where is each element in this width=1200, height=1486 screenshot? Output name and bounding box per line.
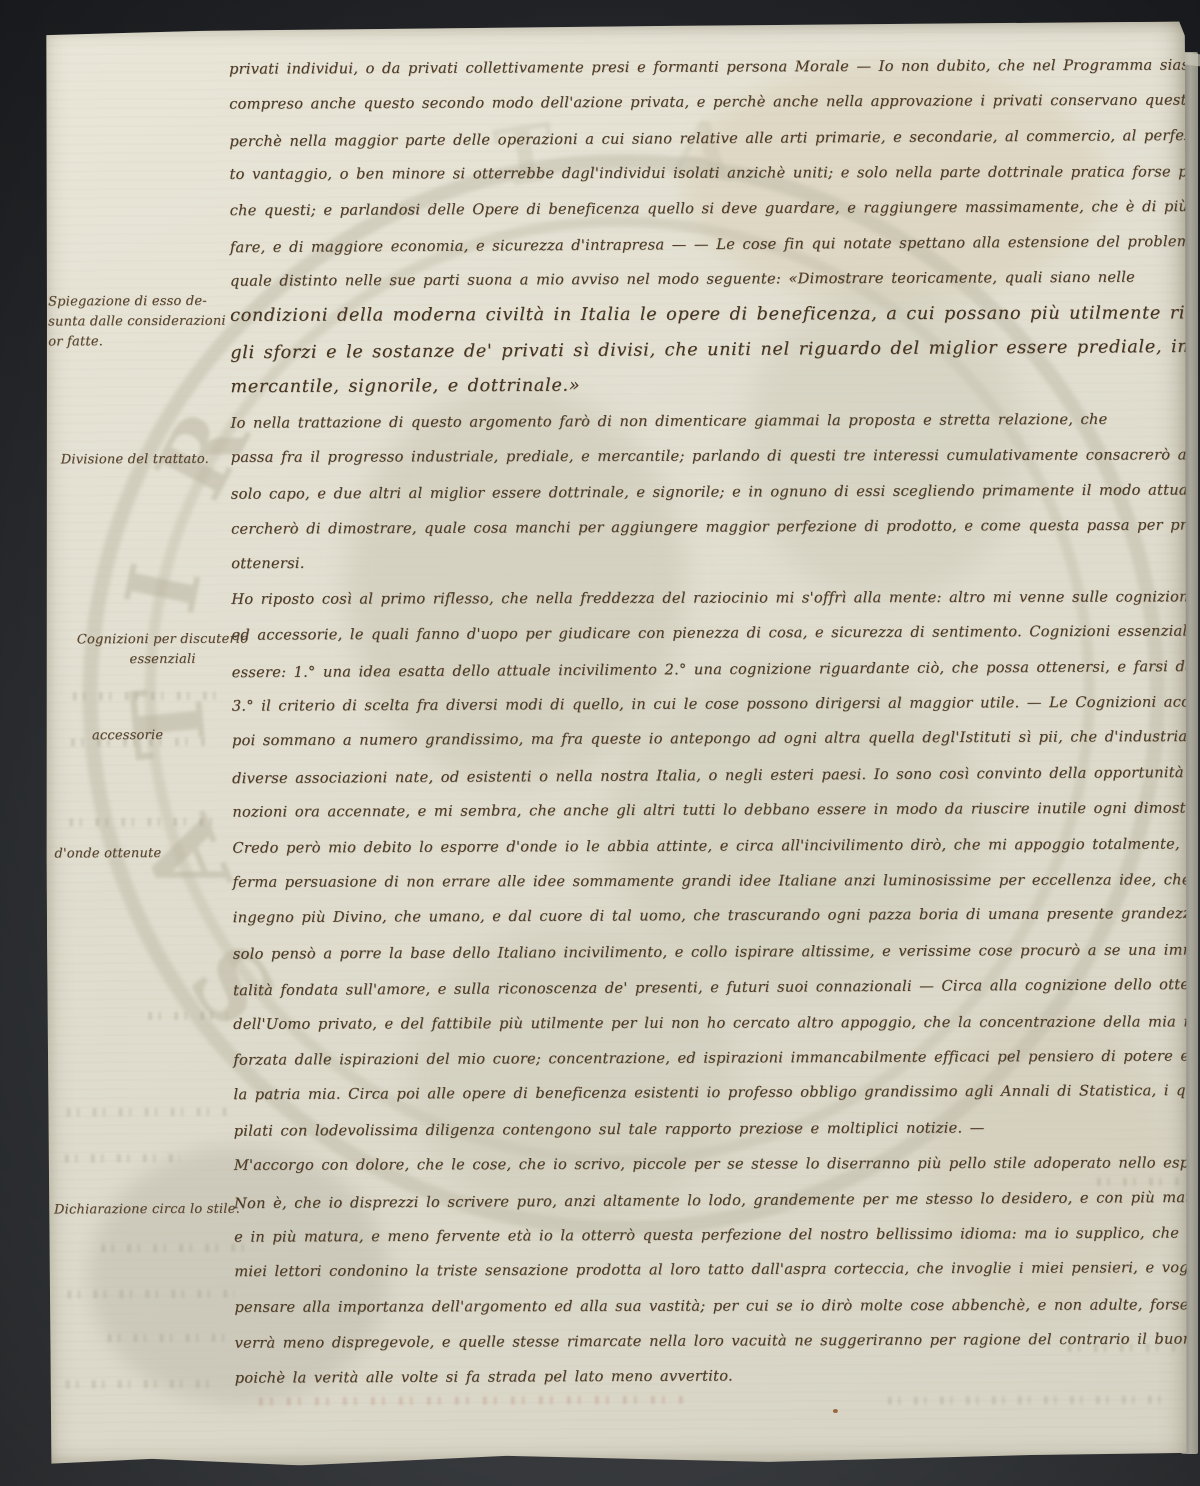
manuscript-line: mercantile, signorile, e dottrinale.» [230,366,1178,406]
manuscript-line: diverse associazioni nate, od esistenti … [232,755,1180,797]
margin-note-onde-ottenute: d'onde ottenute [54,844,234,865]
manuscript-line: nozioni ora accennate, e mi sembra, che … [232,791,1180,831]
manuscript-line: poichè la verità alle volte si fa strada… [235,1357,1183,1397]
bleedthrough-line [883,1396,1163,1405]
manuscript-line: pensare alla importanza dell'argomento e… [234,1287,1182,1325]
bleedthrough-line [64,818,222,827]
manuscript-line: 3.° il criterio di scelta fra diversi mo… [232,685,1180,725]
manuscript-line: la patria mia. Circa poi alle opere di b… [233,1073,1181,1113]
bleedthrough-line [61,1380,211,1389]
ink-speck [833,1409,838,1413]
manuscript-line: ed accessorie, le quali fanno d'uopo per… [231,614,1179,654]
manuscript-line: solo capo, e due altri al miglior essere… [231,472,1179,512]
manuscript-page: R I T A S T A Spiegazione di esso de- su… [43,22,1191,1467]
manuscript-line: verrà meno dispregevole, e quelle stesse… [235,1322,1183,1362]
bleedthrough-line [62,1108,230,1117]
manuscript-line: ingegno più Divino, che umano, e dal cuo… [233,896,1181,936]
manuscript-line: ottenersi. [231,543,1179,583]
manuscript-line: dell'Uomo privato, e del fattibile più u… [233,1004,1181,1042]
bleedthrough-line [68,692,220,701]
manuscript-line: poi sommano a numero grandissimo, ma fra… [232,719,1180,759]
manuscript-line: passa fra il progresso industriale, pred… [231,438,1179,476]
manuscript-line: che questi; e parlandosi delle Opere di … [230,189,1178,229]
manuscript-line: miei lettori condonino la triste sensazi… [234,1250,1182,1290]
bleedthrough-line-red [253,1396,683,1406]
bleedthrough-line [60,1154,180,1163]
manuscript-line: essere: 1.° una idea esatta dello attual… [232,649,1180,691]
manuscript-line: e in più matura, e meno fervente età io … [234,1215,1182,1255]
manuscript-line: Io nella trattazione di questo argomento… [231,401,1179,441]
manuscript-line: quale distinto nelle sue parti suona a m… [230,260,1178,300]
manuscript-line: ferma persuasione di non errare alle ide… [233,862,1181,900]
manuscript-line: Ho riposto così al primo riflesso, che n… [231,579,1179,617]
manuscript-line: pilati con lodevolissima diligenza conte… [234,1109,1182,1149]
manuscript-line: solo pensò a porre la base dello Italian… [233,932,1181,972]
watermark-letter: T [110,682,229,763]
manuscript-line: perchè nella maggior parte delle operazi… [229,118,1177,160]
manuscript-line: talità fondata sull'amore, e sulla ricon… [233,967,1181,1009]
manuscript-line: fare, e di maggiore economia, e sicurezz… [230,224,1178,266]
manuscript-body: privati individui, o da privati colletti… [229,48,1183,1397]
manuscript-line: Non è, che io disprezzi lo scrivere puro… [234,1180,1182,1222]
bleedthrough-line [62,1290,234,1299]
manuscript-line: forzata dalle ispirazioni del mio cuore;… [233,1038,1181,1078]
manuscript-line: privati individui, o da privati colletti… [229,48,1177,88]
margin-note-spiegazione: Spiegazione di esso de- sunta dalle cons… [48,292,254,353]
bleedthrough-line [103,1334,235,1343]
manuscript-line: to vantaggio, o ben minore si otterrebbe… [229,155,1177,193]
manuscript-line: cercherò di dimostrare, quale cosa manch… [231,508,1179,548]
watermark-letter: I [104,555,224,622]
manuscript-line: Credo però mio debito lo esporre d'onde … [232,826,1180,866]
manuscript-scan: R I T A S T A Spiegazione di esso de- su… [0,0,1200,1486]
bleedthrough-line [143,1012,227,1020]
bleedthrough-line [96,1244,246,1253]
manuscript-line: condizioni della moderna civiltà in Ital… [230,296,1178,334]
margin-note-accessorie: accessorie [92,726,252,747]
manuscript-line: compreso anche questo secondo modo dell'… [229,83,1177,123]
manuscript-line: M'accorgo con dolore, che le cose, che i… [234,1145,1182,1183]
